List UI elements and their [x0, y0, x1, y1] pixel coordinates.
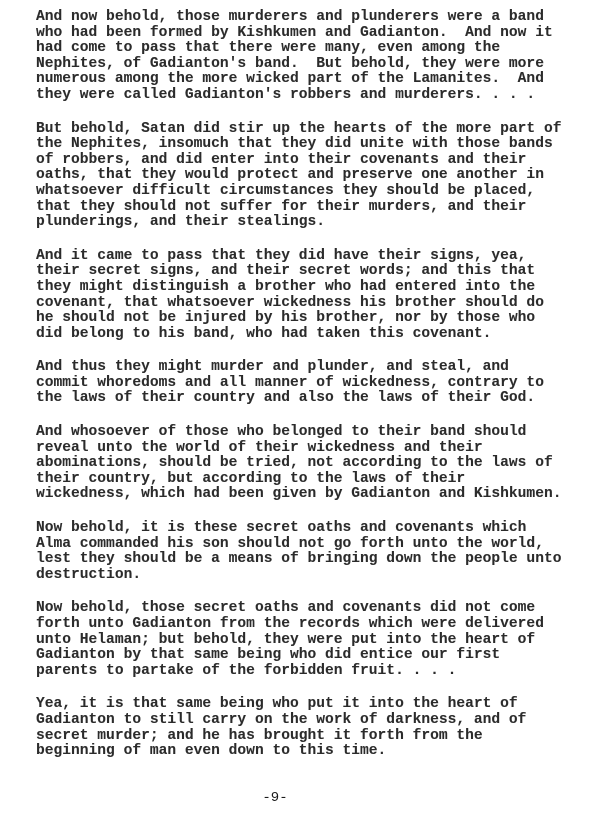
- text-line: reveal unto the world of their wickednes…: [36, 441, 596, 457]
- paragraph-4: And thus they might murder and plunder, …: [36, 360, 596, 407]
- paragraph-1: And now behold, those murderers and plun…: [36, 10, 596, 104]
- text-line: Now behold, it is these secret oaths and…: [36, 521, 596, 537]
- text-line: the Nephites, insomuch that they did uni…: [36, 137, 596, 153]
- text-line: did belong to his band, who had taken th…: [36, 327, 596, 343]
- paragraph-3: And it came to pass that they did have t…: [36, 249, 596, 343]
- page-number: -9-: [0, 790, 600, 806]
- text-line: Now behold, those secret oaths and coven…: [36, 601, 596, 617]
- text-line: Gadianton to still carry on the work of …: [36, 713, 596, 729]
- text-line: Yea, it is that same being who put it in…: [36, 697, 596, 713]
- text-line: And now behold, those murderers and plun…: [36, 10, 596, 26]
- paragraph-8: Yea, it is that same being who put it in…: [36, 697, 596, 759]
- text-line: they were called Gadianton's robbers and…: [36, 88, 596, 104]
- text-line: covenant, that whatsoever wickedness his…: [36, 296, 596, 312]
- text-line: Gadianton by that same being who did ent…: [36, 648, 596, 664]
- text-line: abominations, should be tried, not accor…: [36, 456, 596, 472]
- text-line: of robbers, and did enter into their cov…: [36, 153, 596, 169]
- text-line: whatsoever difficult circumstances they …: [36, 184, 596, 200]
- text-line: numerous among the more wicked part of t…: [36, 72, 596, 88]
- text-line: wickedness, which had been given by Gadi…: [36, 487, 596, 503]
- text-line: destruction.: [36, 568, 596, 584]
- text-line: that they should not suffer for their mu…: [36, 200, 596, 216]
- text-line: plunderings, and their stealings.: [36, 215, 596, 231]
- text-line: And whosoever of those who belonged to t…: [36, 425, 596, 441]
- text-line: he should not be injured by his brother,…: [36, 311, 596, 327]
- paragraph-6: Now behold, it is these secret oaths and…: [36, 521, 596, 583]
- text-line: the laws of their country and also the l…: [36, 391, 596, 407]
- text-line: secret murder; and he has brought it for…: [36, 729, 596, 745]
- text-line: they might distinguish a brother who had…: [36, 280, 596, 296]
- text-line: Alma commanded his son should not go for…: [36, 537, 596, 553]
- text-line: beginning of man even down to this time.: [36, 744, 596, 760]
- text-line: their secret signs, and their secret wor…: [36, 264, 596, 280]
- document-body: And now behold, those murderers and plun…: [36, 10, 596, 778]
- text-line: forth unto Gadianton from the records wh…: [36, 617, 596, 633]
- text-line: And thus they might murder and plunder, …: [36, 360, 596, 376]
- text-line: lest they should be a means of bringing …: [36, 552, 596, 568]
- text-line: oaths, that they would protect and prese…: [36, 168, 596, 184]
- text-line: parents to partake of the forbidden frui…: [36, 664, 596, 680]
- paragraph-5: And whosoever of those who belonged to t…: [36, 425, 596, 503]
- text-line: But behold, Satan did stir up the hearts…: [36, 122, 596, 138]
- text-line: who had been formed by Kishkumen and Gad…: [36, 26, 596, 42]
- text-line: And it came to pass that they did have t…: [36, 249, 596, 265]
- text-line: had come to pass that there were many, e…: [36, 41, 596, 57]
- paragraph-7: Now behold, those secret oaths and coven…: [36, 601, 596, 679]
- text-line: unto Helaman; but behold, they were put …: [36, 633, 596, 649]
- paragraph-2: But behold, Satan did stir up the hearts…: [36, 122, 596, 231]
